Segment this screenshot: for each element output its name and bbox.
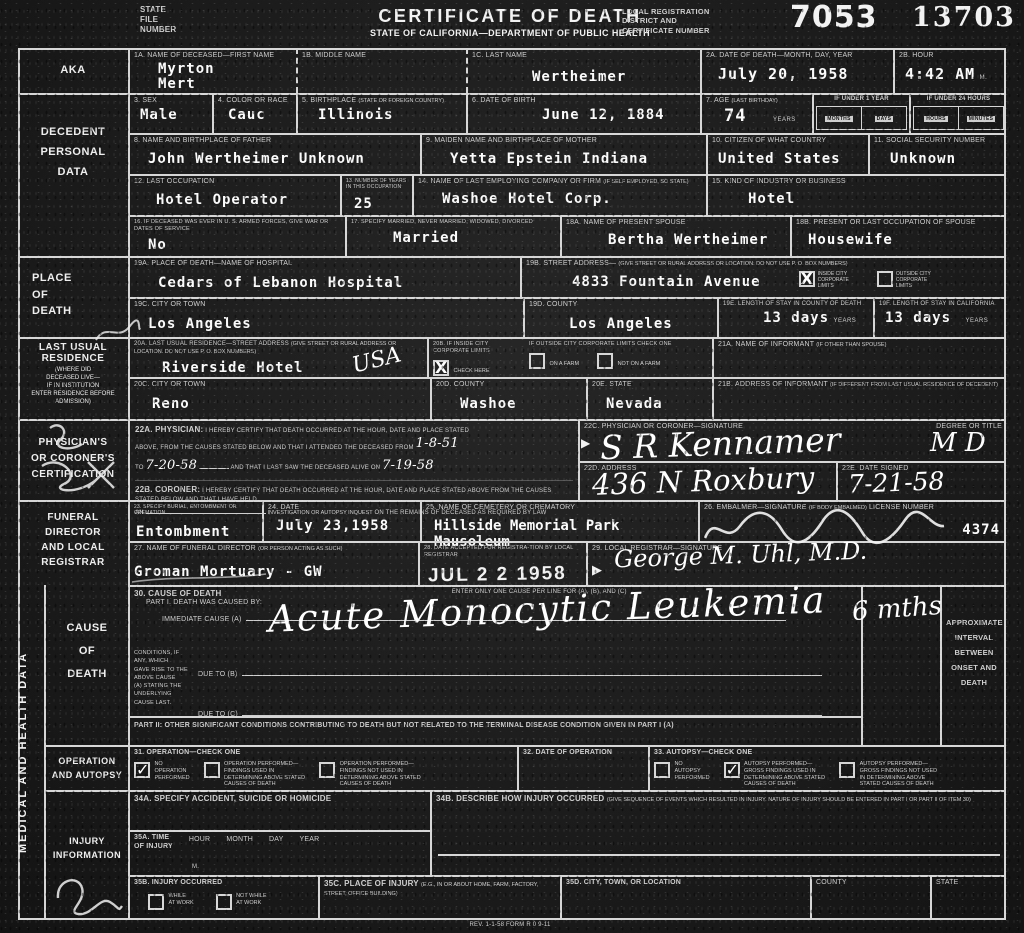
field-8-value: John Wertheimer Unknown bbox=[148, 151, 416, 167]
field-20c-value: Reno bbox=[152, 396, 426, 412]
sidebar-last-usual-residence: LAST USUAL RESIDENCE (WHERE DID DECEASED… bbox=[18, 337, 128, 419]
field-3: 3. SEX Male bbox=[128, 93, 212, 133]
signature-arrow-icon: ▶ bbox=[581, 436, 590, 450]
margin-scribble-residence bbox=[92, 320, 142, 346]
field-11-label: 11. SOCIAL SECURITY NUMBER bbox=[874, 137, 1002, 146]
field-18b-label: 18B. PRESENT OR LAST OCCUPATION OF SPOUS… bbox=[796, 219, 1002, 228]
sidebar-aka: AKA bbox=[18, 48, 128, 93]
field-34b-note: (GIVE SEQUENCE OF EVENTS WHICH RESULTED … bbox=[607, 797, 971, 803]
approximate-interval-column: APPROXIMATE INTERVAL BETWEEN ONSET AND D… bbox=[940, 585, 1006, 745]
county-cell: COUNTY bbox=[810, 875, 930, 920]
funeral-director-underline-scribble bbox=[130, 560, 270, 590]
field-34b-label: 34B. DESCRIBE HOW INJURY OCCURRED bbox=[436, 794, 604, 803]
sidebar-medical-health-data: MEDICAL AND HEALTH DATA bbox=[17, 585, 43, 920]
no-autopsy-label: NO AUTOPSY PERFORMED bbox=[674, 761, 709, 782]
inside-city-label: INSIDE CITY CORPORATE LIMITS bbox=[818, 271, 849, 290]
field-20d-value: Washoe bbox=[460, 396, 582, 412]
autopsy-findings-used-option: ✓ AUTOPSY PERFORMED— GROSS FINDINGS USED… bbox=[724, 761, 826, 789]
field-22a-text3: AND THAT I LAST SAW THE DECEASED ALIVE O… bbox=[230, 465, 380, 471]
field-7-under-24-hours: IF UNDER 24 HOURS HOURS MINUTES bbox=[909, 93, 1006, 133]
immediate-cause-label: IMMEDIATE CAUSE (A) bbox=[162, 616, 242, 623]
field-9-value: Yetta Epstein Indiana bbox=[450, 151, 702, 167]
field-23-value: Entombment bbox=[136, 524, 258, 540]
month-label: MONTH bbox=[226, 836, 253, 852]
operation-findings-used-label: OPERATION PERFORMED— FINDINGS USED IN DE… bbox=[224, 761, 305, 789]
field-24-label: 24. DATE bbox=[268, 504, 416, 513]
outside-city-checkbox bbox=[877, 271, 893, 287]
field-18b: 18B. PRESENT OR LAST OCCUPATION OF SPOUS… bbox=[790, 215, 1006, 256]
field-5-label: 5. BIRTHPLACE bbox=[302, 97, 356, 104]
days-label: DAYS bbox=[875, 116, 894, 122]
field-24-value: July 23,1958 bbox=[276, 518, 416, 534]
field-10-value: United States bbox=[718, 151, 864, 167]
field-34b: 34B. DESCRIBE HOW INJURY OCCURRED (GIVE … bbox=[430, 790, 1006, 875]
field-20c: 20C. CITY OR TOWN Reno bbox=[128, 377, 430, 419]
field-28-label: 28. DATE ACCEPTED FOR REGISTRA-TION BY L… bbox=[424, 545, 582, 559]
field-5-value: Illinois bbox=[318, 107, 462, 123]
field-20a-label: 20A. LAST USUAL RESIDENCE—STREET ADDRESS bbox=[134, 341, 289, 347]
field-17: 17. SPECIFY MARRIED, NEVER MARRIED, WIDO… bbox=[345, 215, 560, 256]
on-a-farm-option: ON A FARM bbox=[529, 352, 579, 370]
not-while-at-work-checkbox bbox=[216, 894, 232, 910]
margin-scribble-physician bbox=[30, 418, 140, 508]
field-12: 12. LAST OCCUPATION Hotel Operator bbox=[128, 174, 340, 215]
field-8-label: 8. NAME AND BIRTHPLACE OF FATHER bbox=[134, 137, 416, 146]
field-9: 9. MAIDEN NAME AND BIRTHPLACE OF MOTHER … bbox=[420, 133, 706, 174]
form-revision-note: Rev. 1-1-58 Form R 0 9-11 bbox=[380, 922, 640, 930]
field-22a-label: 22A. PHYSICIAN: bbox=[135, 425, 203, 434]
while-at-work-option: WHILE AT WORK bbox=[148, 893, 194, 911]
not-on-a-farm-label: NOT ON A FARM bbox=[618, 361, 661, 367]
field-22a-text1: I HEREBY CERTIFY THAT DEATH OCCURRED AT … bbox=[205, 428, 469, 434]
last-seen-alive-date: 7-19-58 bbox=[382, 458, 434, 473]
certificate-number: 13703 bbox=[912, 2, 1016, 33]
on-a-farm-label: ON A FARM bbox=[549, 361, 579, 367]
field-9-label: 9. MAIDEN NAME AND BIRTHPLACE OF MOTHER bbox=[426, 137, 702, 146]
field-2a-value: July 20, 1958 bbox=[718, 65, 889, 83]
field-19c-value: Los Angeles bbox=[148, 316, 519, 332]
no-operation-label: NO OPERATION PERFORMED bbox=[154, 761, 189, 782]
field-6-label: 6. DATE OF BIRTH bbox=[472, 97, 696, 106]
field-32-label: 32. DATE OF OPERATION bbox=[523, 749, 644, 758]
operation-findings-not-used-checkbox bbox=[319, 762, 335, 778]
sidebar-cause-of-death: CAUSE OF DEATH bbox=[46, 585, 128, 745]
field-12-label: 12. LAST OCCUPATION bbox=[134, 178, 336, 187]
autopsy-findings-used-checkbox: ✓ bbox=[724, 762, 740, 778]
local-registration-label: LOCAL REGISTRATION DISTRICT AND CERTIFIC… bbox=[622, 7, 710, 35]
field-22ab-certification: 22A. PHYSICIAN: I HEREBY CERTIFY THAT DE… bbox=[128, 419, 578, 500]
field-30-label: 30. CAUSE OF DEATH bbox=[134, 589, 221, 599]
field-27-label: 27. NAME OF FUNERAL DIRECTOR bbox=[134, 545, 256, 552]
conditions-note: CONDITIONS, IF ANY, WHICH GAVE RISE TO T… bbox=[134, 649, 194, 707]
field-19d-label: 19D. COUNTY bbox=[529, 301, 713, 310]
while-at-work-label: WHILE AT WORK bbox=[168, 893, 193, 907]
attended-to-date: 7-20-58 bbox=[146, 458, 198, 473]
while-at-work-checkbox bbox=[148, 894, 164, 910]
autopsy-findings-not-used-checkbox bbox=[839, 762, 855, 778]
field-19d: 19D. COUNTY Los Angeles bbox=[523, 297, 717, 337]
field-34a-label: 34A. SPECIFY ACCIDENT, SUICIDE OR HOMICI… bbox=[134, 794, 426, 804]
field-3-value: Male bbox=[140, 107, 208, 123]
field-35a-label: 35A. TIME OF INJURY bbox=[134, 834, 173, 852]
field-10: 10. CITIZEN OF WHAT COUNTRY United State… bbox=[706, 133, 868, 174]
field-35d: 35D. CITY, TOWN, OR LOCATION bbox=[560, 875, 810, 920]
field-1c: 1C. LAST NAME Wertheimer bbox=[466, 48, 700, 93]
field-19b-note: (GIVE STREET OR RURAL ADDRESS OR LOCATIO… bbox=[618, 261, 847, 267]
field-21b-label: 21B. ADDRESS OF INFORMANT bbox=[718, 381, 828, 388]
field-1b: 1B. MIDDLE NAME bbox=[296, 48, 466, 93]
field-4: 4. COLOR OR RACE Cauc bbox=[212, 93, 296, 133]
field-21b: 21B. ADDRESS OF INFORMANT (IF DIFFERENT … bbox=[712, 377, 1006, 419]
approximate-interval-label: APPROXIMATE INTERVAL BETWEEN ONSET AND D… bbox=[946, 615, 1002, 690]
field-11: 11. SOCIAL SECURITY NUMBER Unknown bbox=[868, 133, 1006, 174]
field-19d-value: Los Angeles bbox=[569, 316, 713, 332]
no-operation-option: ✓ NO OPERATION PERFORMED bbox=[134, 761, 190, 789]
field-21a-note: (IF OTHER THAN SPOUSE) bbox=[816, 342, 886, 348]
field-15-value: Hotel bbox=[748, 191, 1002, 207]
operation-findings-not-used-option: OPERATION PERFORMED— FINDINGS NOT USED I… bbox=[319, 761, 421, 789]
field-4-value: Cauc bbox=[228, 107, 292, 123]
check-here-checkbox: X bbox=[433, 360, 449, 376]
state-label: STATE bbox=[936, 879, 1002, 888]
field-25: 25. NAME OF CEMETERY OR CREMATORY Hillsi… bbox=[420, 500, 698, 541]
minutes-box: MINUTES bbox=[959, 106, 1004, 130]
field-14-note: (IF SELF EMPLOYED, SO STATE) bbox=[603, 179, 688, 185]
field-19b-value: 4833 Fountain Avenue bbox=[572, 274, 761, 290]
field-21a-label: 21A. NAME OF INFORMANT bbox=[718, 341, 814, 348]
field-22b-label: 22B. CORONER: bbox=[135, 485, 200, 494]
field-18a: 18A. NAME OF PRESENT SPOUSE Bertha Werth… bbox=[560, 215, 790, 256]
field-3-label: 3. SEX bbox=[134, 97, 208, 106]
field-19a-label: 19A. PLACE OF DEATH—NAME OF HOSPITAL bbox=[134, 260, 516, 269]
hours-box: HOURS bbox=[913, 106, 959, 130]
field-19e-value: 13 days bbox=[763, 310, 829, 326]
field-20d-label: 20D. COUNTY bbox=[436, 381, 582, 390]
check-here-label: CHECK HERE bbox=[453, 368, 489, 374]
field-19f-value: 13 days bbox=[885, 310, 951, 326]
field-34a: 34A. SPECIFY ACCIDENT, SUICIDE OR HOMICI… bbox=[128, 790, 430, 830]
field-1b-label: 1B. MIDDLE NAME bbox=[302, 52, 462, 61]
field-14-label: 14. NAME OF LAST EMPLOYING COMPANY OR FI… bbox=[418, 178, 601, 185]
field-20e-label: 20E. STATE bbox=[592, 381, 708, 390]
field-19b-label: 19B. STREET ADDRESS— bbox=[526, 260, 616, 267]
physician-degree: M D bbox=[930, 428, 986, 458]
field-10-label: 10. CITIZEN OF WHAT COUNTRY bbox=[712, 137, 864, 146]
field-19f-label: 19F. LENGTH OF STAY IN CALIFORNIA bbox=[879, 301, 1002, 309]
field-18b-value: Housewife bbox=[808, 232, 1002, 248]
field-14-value: Washoe Hotel Corp. bbox=[442, 191, 702, 207]
minutes-label: MINUTES bbox=[967, 116, 996, 122]
field-1a-label: 1A. NAME OF DECEASED—FIRST NAME bbox=[134, 52, 292, 61]
field-35a: 35A. TIME OF INJURY HOUR MONTH DAY YEAR … bbox=[128, 830, 430, 875]
part2-row: PART II: OTHER SIGNIFICANT CONDITIONS CO… bbox=[128, 716, 861, 745]
field-2b-value: 4:42 AM bbox=[905, 65, 975, 83]
field-1c-value: Wertheimer bbox=[532, 69, 696, 85]
not-while-at-work-option: NOT WHILE AT WORK bbox=[216, 893, 267, 911]
due-to-b-label: DUE TO (B) bbox=[198, 671, 237, 678]
field-17-value: Married bbox=[393, 230, 556, 246]
inside-city-checkbox: X bbox=[799, 271, 815, 287]
embalmer-license-number: 4374 bbox=[962, 522, 1000, 538]
outside-city-option: OUTSIDE CITY CORPORATE LIMITS bbox=[877, 271, 931, 290]
field-33-label: 33. AUTOPSY—CHECK ONE bbox=[654, 749, 1002, 758]
outside-city-label: OUTSIDE CITY CORPORATE LIMITS bbox=[896, 271, 931, 290]
field-25-label: 25. NAME OF CEMETERY OR CREMATORY bbox=[426, 504, 694, 513]
field-16-value: No bbox=[148, 237, 341, 253]
field-23-label: 23. SPECIFY BURIAL, ENTOMBMENT OR CREMAT… bbox=[134, 504, 258, 517]
field-35d-label: 35D. CITY, TOWN, OR LOCATION bbox=[566, 879, 806, 888]
field-1a-value: Myrton Mert bbox=[158, 62, 292, 93]
field-20e-value: Nevada bbox=[606, 396, 708, 412]
no-autopsy-checkbox bbox=[654, 762, 670, 778]
no-autopsy-option: NO AUTOPSY PERFORMED bbox=[654, 761, 710, 789]
field-31-label: 31. OPERATION—CHECK ONE bbox=[134, 749, 513, 758]
months-box: MONTHS bbox=[816, 106, 862, 130]
field-19c: 19C. CITY OR TOWN Los Angeles bbox=[128, 297, 523, 337]
under-24-hours-label: IF UNDER 24 HOURS bbox=[913, 96, 1004, 104]
field-16-label: 16. IF DECEASED WAS EVER IN U. S. ARMED … bbox=[134, 219, 341, 233]
field-1a: 1A. NAME OF DECEASED—FIRST NAME Myrton M… bbox=[128, 48, 296, 93]
field-19f: 19F. LENGTH OF STAY IN CALIFORNIA 13 day… bbox=[873, 297, 1006, 337]
no-operation-checkbox: ✓ bbox=[134, 762, 150, 778]
field-12-value: Hotel Operator bbox=[156, 192, 336, 208]
field-27-note: (OR PERSON ACTING AS SUCH) bbox=[258, 546, 342, 552]
field-24: 24. DATE July 23,1958 bbox=[262, 500, 420, 541]
field-18a-label: 18A. NAME OF PRESENT SPOUSE bbox=[566, 219, 786, 228]
meridiem-label: M. bbox=[192, 864, 426, 872]
field-7-unit: YEARS bbox=[773, 117, 796, 123]
on-a-farm-checkbox bbox=[529, 353, 545, 369]
sidebar-funeral-director: FUNERAL DIRECTOR AND LOCAL REGISTRAR bbox=[18, 500, 128, 585]
field-2b-label: 2B. HOUR bbox=[899, 52, 1002, 61]
field-19b: 19B. STREET ADDRESS— (GIVE STREET OR RUR… bbox=[520, 256, 1006, 297]
field-13-label: 13. NUMBER OF YEARS IN THIS OCCUPATION bbox=[346, 178, 408, 191]
field-20c-label: 20C. CITY OR TOWN bbox=[134, 381, 426, 390]
field-4-label: 4. COLOR OR RACE bbox=[218, 97, 292, 106]
field-17-label: 17. SPECIFY MARRIED, NEVER MARRIED, WIDO… bbox=[351, 219, 556, 226]
field-7-value: 74 bbox=[724, 106, 746, 126]
sidebar-residence-note: (WHERE DID DECEASED LIVE— IF IN INSTITUT… bbox=[18, 366, 128, 406]
attended-from-date: 1-8-51 bbox=[416, 436, 459, 451]
field-7-label: 7. AGE bbox=[706, 97, 729, 104]
day-label: DAY bbox=[269, 836, 283, 852]
field-31: 31. OPERATION—CHECK ONE ✓ NO OPERATION P… bbox=[128, 745, 517, 790]
state-cell: STATE bbox=[930, 875, 1006, 920]
field-19e-label: 19E. LENGTH OF STAY IN COUNTY OF DEATH bbox=[723, 301, 869, 309]
operation-findings-used-checkbox bbox=[204, 762, 220, 778]
not-while-at-work-label: NOT WHILE AT WORK bbox=[236, 893, 266, 907]
field-2a-label: 2A. DATE OF DEATH—MONTH, DAY, YEAR bbox=[706, 52, 889, 61]
field-13: 13. NUMBER OF YEARS IN THIS OCCUPATION 2… bbox=[340, 174, 412, 215]
interval-handwritten: 6 mths bbox=[851, 591, 943, 627]
field-18a-value: Bertha Wertheimer bbox=[608, 232, 786, 248]
sidebar-decedent-personal-data: DECEDENT PERSONAL DATA bbox=[18, 93, 128, 256]
field-11-value: Unknown bbox=[890, 151, 1002, 167]
field-2a: 2A. DATE OF DEATH—MONTH, DAY, YEAR July … bbox=[700, 48, 893, 93]
field-1c-label: 1C. LAST NAME bbox=[472, 52, 696, 61]
field-7-note: (LAST BIRTHDAY) bbox=[732, 98, 778, 104]
field-35b: 35B. INJURY OCCURRED WHILE AT WORK NOT W… bbox=[128, 875, 318, 920]
year-label: YEAR bbox=[299, 836, 319, 852]
field-22a-text2: ABOVE, FROM THE CAUSES STATED BELOW AND … bbox=[135, 445, 414, 451]
not-on-a-farm-checkbox bbox=[597, 353, 613, 369]
field-6: 6. DATE OF BIRTH June 12, 1884 bbox=[466, 93, 700, 133]
field-21b-note: (IF DIFFERENT FROM LAST USUAL RESIDENCE … bbox=[830, 382, 998, 388]
district-number: 7053 bbox=[790, 0, 878, 35]
field-6-value: June 12, 1884 bbox=[542, 107, 696, 123]
outside-corporate-label: IF OUTSIDE CITY CORPORATE LIMITS CHECK O… bbox=[529, 341, 708, 348]
field-7-under-1-year: IF UNDER 1 YEAR MONTHS DAYS bbox=[812, 93, 909, 133]
field-19a: 19A. PLACE OF DEATH—NAME OF HOSPITAL Ced… bbox=[128, 256, 520, 297]
death-certificate-document: STATE FILE NUMBER CERTIFICATE OF DEATH S… bbox=[0, 0, 1024, 933]
not-on-a-farm-option: NOT ON A FARM bbox=[597, 352, 660, 370]
days-box: DAYS bbox=[862, 106, 907, 130]
field-35b-label: 35B. INJURY OCCURRED bbox=[134, 879, 314, 888]
field-28: 28. DATE ACCEPTED FOR REGISTRA-TION BY L… bbox=[418, 541, 586, 585]
field-5: 5. BIRTHPLACE (STATE OR FOREIGN COUNTRY)… bbox=[296, 93, 466, 133]
field-16: 16. IF DECEASED WAS EVER IN U. S. ARMED … bbox=[128, 215, 345, 256]
field-15-label: 15. KIND OF INDUSTRY OR BUSINESS bbox=[712, 178, 1002, 187]
date-signed-handwritten: 7-21-58 bbox=[848, 466, 945, 498]
field-35c-label: 35C. PLACE OF INJURY bbox=[324, 879, 419, 888]
autopsy-findings-used-label: AUTOPSY PERFORMED— GROSS FINDINGS USED I… bbox=[744, 761, 825, 789]
state-file-number-label: STATE FILE NUMBER bbox=[140, 5, 176, 35]
field-15: 15. KIND OF INDUSTRY OR BUSINESS Hotel bbox=[706, 174, 1006, 215]
field-32: 32. DATE OF OPERATION bbox=[517, 745, 648, 790]
hour-label: HOUR bbox=[189, 836, 210, 852]
county-label: COUNTY bbox=[816, 879, 926, 888]
field-20e: 20E. STATE Nevada bbox=[586, 377, 712, 419]
part2-label: PART II: OTHER SIGNIFICANT CONDITIONS CO… bbox=[134, 722, 857, 731]
field-8: 8. NAME AND BIRTHPLACE OF FATHER John We… bbox=[128, 133, 420, 174]
autopsy-findings-not-used-label: AUTOPSY PERFORMED— GROSS FINDINGS NOT US… bbox=[860, 761, 938, 789]
field-21a: 21A. NAME OF INFORMANT (IF OTHER THAN SP… bbox=[712, 337, 1006, 377]
field-2b-suffix: M. bbox=[980, 75, 988, 81]
sidebar-operation-autopsy: OPERATION AND AUTOPSY bbox=[46, 745, 128, 790]
field-33: 33. AUTOPSY—CHECK ONE NO AUTOPSY PERFORM… bbox=[648, 745, 1006, 790]
field-13-value: 25 bbox=[354, 196, 408, 212]
field-20d: 20D. COUNTY Washoe bbox=[430, 377, 586, 419]
autopsy-findings-not-used-option: AUTOPSY PERFORMED— GROSS FINDINGS NOT US… bbox=[839, 761, 937, 789]
margin-scribble-injury bbox=[48, 868, 128, 918]
field-19a-value: Cedars of Lebanon Hospital bbox=[158, 275, 516, 291]
inside-city-option: X INSIDE CITY CORPORATE LIMITS bbox=[799, 271, 849, 290]
field-20b: 20B. IF INSIDE CITY CORPORATE LIMITS X C… bbox=[427, 337, 712, 377]
field-14: 14. NAME OF LAST EMPLOYING COMPANY OR FI… bbox=[412, 174, 706, 215]
field-35c: 35C. PLACE OF INJURY (E.G., IN OR ABOUT … bbox=[318, 875, 560, 920]
operation-findings-used-option: OPERATION PERFORMED— FINDINGS USED IN DE… bbox=[204, 761, 306, 789]
registrar-arrow-icon: ▶ bbox=[592, 562, 602, 578]
field-5-note: (STATE OR FOREIGN COUNTRY) bbox=[358, 98, 444, 104]
field-20b-label: 20B. IF INSIDE CITY CORPORATE LIMITS bbox=[433, 341, 519, 355]
field-19e-unit: YEARS bbox=[833, 318, 856, 324]
field-19c-label: 19C. CITY OR TOWN bbox=[134, 301, 519, 310]
field-7: 7. AGE (LAST BIRTHDAY) 74 YEARS bbox=[700, 93, 812, 133]
registration-date-stamp: JUL 2 2 1958 bbox=[428, 562, 582, 587]
injury-writing-line bbox=[438, 854, 1000, 856]
months-label: MONTHS bbox=[825, 116, 852, 122]
field-2b: 2B. HOUR 4:42 AM M. bbox=[893, 48, 1006, 93]
operation-findings-not-used-label: OPERATION PERFORMED— FINDINGS NOT USED I… bbox=[340, 761, 421, 789]
field-23: 23. SPECIFY BURIAL, ENTOMBMENT OR CREMAT… bbox=[128, 500, 262, 541]
hours-label: HOURS bbox=[924, 116, 948, 122]
under-1-year-label: IF UNDER 1 YEAR bbox=[816, 96, 907, 104]
field-19e: 19E. LENGTH OF STAY IN COUNTY OF DEATH 1… bbox=[717, 297, 873, 337]
field-19f-unit: YEARS bbox=[965, 318, 988, 324]
